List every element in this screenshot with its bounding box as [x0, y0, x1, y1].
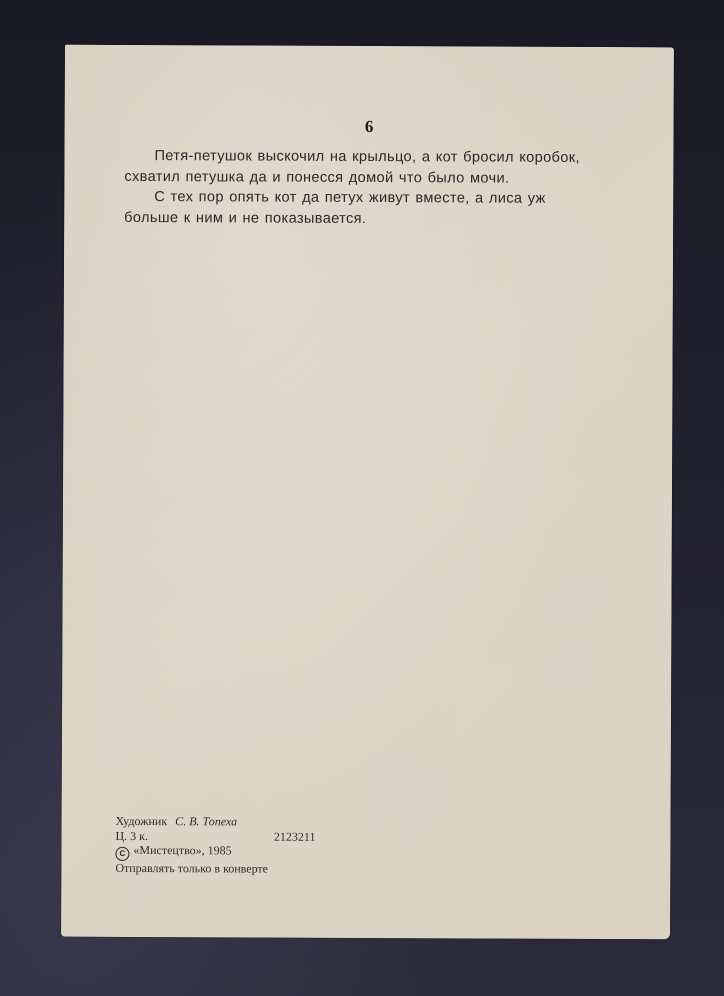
artist-credit: ХудожникС. В. Топеха [116, 814, 316, 829]
story-paragraph: С тех пор опять кот да петух живут вмест… [124, 187, 634, 230]
artist-label: Художник [116, 814, 168, 828]
mailing-instruction-row: Отправлять только в конверте [115, 861, 315, 876]
story-line: схватил петушка да и понесся домой что б… [124, 168, 509, 186]
postcard-back: 6 Петя-петушок выскочил на крыльцо, а ко… [61, 45, 674, 940]
story-paragraph: Петя-петушок выскочил на крыльцо, а кот … [124, 146, 634, 189]
price-row: Ц. 3 к. 2123211 [115, 828, 315, 843]
artist-name: С. В. Топеха [175, 814, 237, 828]
colophon: ХудожникС. В. Топеха Ц. 3 к. 2123211 C«М… [115, 814, 315, 876]
publisher: «Мистецтво», 1985 [133, 843, 231, 857]
story-line: Петя-петушок выскочил на крыльцо, а кот … [124, 146, 634, 169]
mailing-instruction: Отправлять только в конверте [115, 861, 268, 876]
publisher-row: C«Мистецтво», 1985 [115, 843, 315, 862]
story-line: больше к ним и не показывается. [124, 209, 366, 226]
copyright-icon: C [115, 847, 129, 861]
story-text: Петя-петушок выскочил на крыльцо, а кот … [124, 146, 634, 230]
page-number: 6 [65, 116, 674, 139]
catalog-number: 2123211 [274, 829, 316, 844]
story-line: С тех пор опять кот да петух живут вмест… [124, 187, 634, 210]
price: Ц. 3 к. [115, 828, 148, 843]
